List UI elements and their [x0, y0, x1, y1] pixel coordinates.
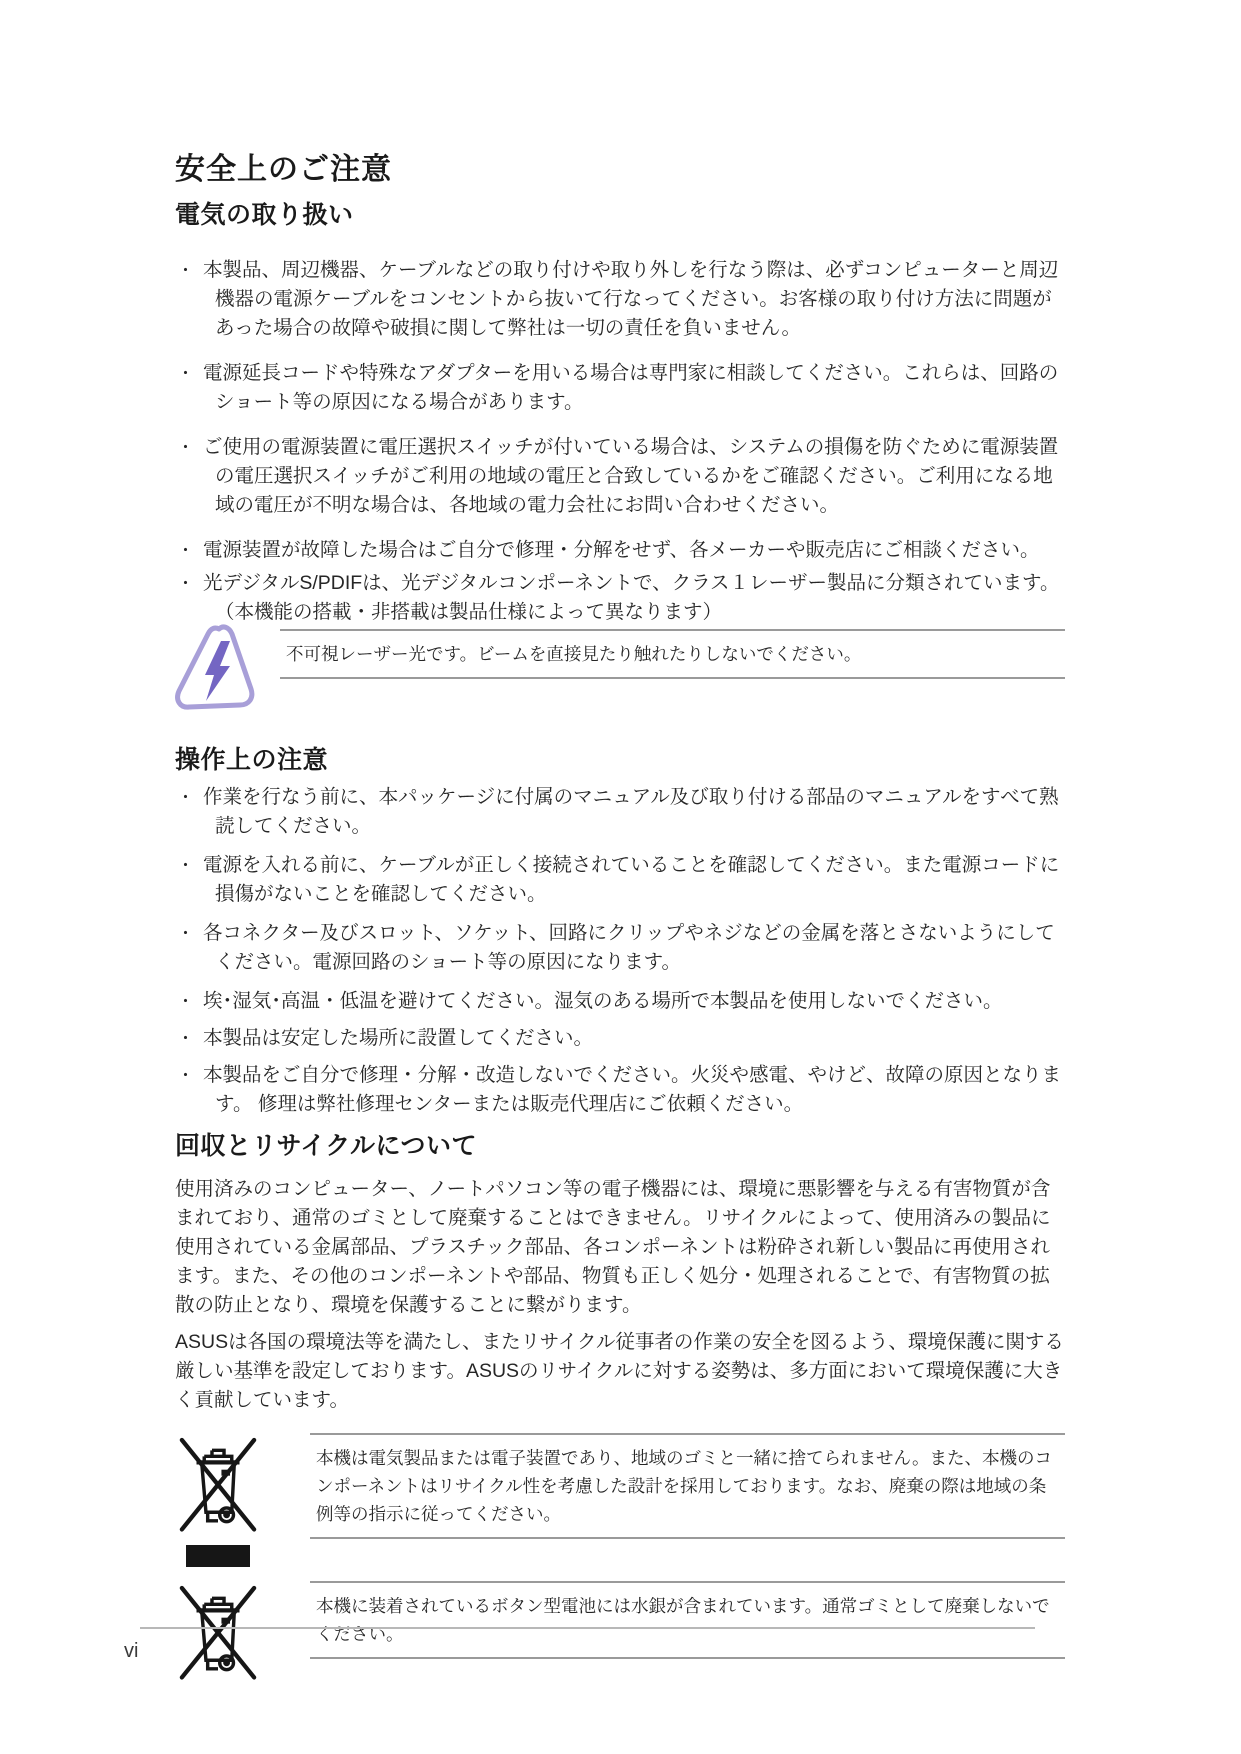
footer-divider — [140, 1627, 1035, 1629]
bullet-text: 作業を行なう前に、本パッケージに付属のマニュアル及び取り付ける部品のマニュアルを… — [203, 783, 1065, 841]
bullet-item: ・ 作業を行なう前に、本パッケージに付属のマニュアル及び取り付ける部品のマニュア… — [175, 783, 1065, 841]
bullet-text: ご使用の電源装置に電圧選択スイッチが付いている場合は、システムの損傷を防ぐために… — [203, 433, 1065, 520]
laser-warning-text: 不可視レーザー光です。ビームを直接見たり触れたりしないでください。 — [286, 640, 1063, 668]
bullet-item: ・ 本製品は安定した場所に設置してください。 — [175, 1024, 1065, 1053]
weee-notice-box: 本機は電気製品または電子装置であり、地域のゴミと一緒に捨てられません。また、本機… — [310, 1433, 1065, 1539]
bullet-text: 電源装置が故障した場合はご自分で修理・分解をせず、各メーカーや販売店にご相談くだ… — [203, 536, 1065, 565]
warning-lightning-icon — [175, 629, 280, 719]
bullet-marker-icon: ・ — [175, 433, 203, 462]
page-number: vi — [124, 1638, 138, 1664]
bullet-marker-icon: ・ — [175, 256, 203, 285]
page-content: 安全上のご注意 電気の取り扱い ・ 本製品、周辺機器、ケーブルなどの取り付けや取… — [175, 152, 1065, 1681]
bullet-item: ・ ご使用の電源装置に電圧選択スイッチが付いている場合は、システムの損傷を防ぐた… — [175, 433, 1065, 520]
black-bar-weee-icon — [186, 1545, 250, 1567]
electrical-bullet-list: ・ 本製品、周辺機器、ケーブルなどの取り付けや取り外しを行なう際は、必ずコンピュ… — [175, 256, 1065, 627]
weee-notice-text: 本機は電気製品または電子装置であり、地域のゴミと一緒に捨てられません。また、本機… — [316, 1444, 1063, 1528]
bullet-text: 本製品、周辺機器、ケーブルなどの取り付けや取り外しを行なう際は、必ずコンピュータ… — [203, 256, 1065, 343]
bullet-item: ・ 電源を入れる前に、ケーブルが正しく接続されていることを確認してください。また… — [175, 851, 1065, 909]
weee-notice-callout: 本機は電気製品または電子装置であり、地域のゴミと一緒に捨てられません。また、本機… — [175, 1433, 1065, 1567]
battery-notice-text: 本機に装着されているボタン型電池には水銀が含まれています。通常ゴミとして廃棄しな… — [316, 1592, 1063, 1648]
bullet-text: 電源延長コードや特殊なアダプターを用いる場合は専門家に相談してください。これらは… — [203, 359, 1065, 417]
bullet-item: ・ 各コネクター及びスロット、ソケット、回路にクリップやネジなどの金属を落とさな… — [175, 919, 1065, 977]
warning-lightning-icon-svg — [175, 623, 255, 719]
bullet-item: ・ 本製品をご自分で修理・分解・改造しないでください。火災や感電、やけど、故障の… — [175, 1061, 1065, 1119]
bullet-marker-icon: ・ — [175, 919, 203, 948]
section-heading-recycling: 回収とリサイクルについて — [175, 1131, 1065, 1161]
bullet-marker-icon: ・ — [175, 359, 203, 388]
recycling-paragraph: ASUSは各国の環境法等を満たし、またリサイクル従事者の作業の安全を図るよう、環… — [175, 1328, 1065, 1415]
laser-warning-callout: 不可視レーザー光です。ビームを直接見たり触れたりしないでください。 — [175, 629, 1065, 719]
operation-bullet-list: ・ 作業を行なう前に、本パッケージに付属のマニュアル及び取り付ける部品のマニュア… — [175, 783, 1065, 1119]
crossed-out-wheeled-bin-icon — [175, 1581, 261, 1681]
bullet-text: 本製品は安定した場所に設置してください。 — [203, 1024, 1065, 1053]
bullet-item: ・ 埃･湿気･高温・低温を避けてください。湿気のある場所で本製品を使用しないでく… — [175, 987, 1065, 1016]
bullet-marker-icon: ・ — [175, 851, 203, 880]
bullet-item: ・ 本製品、周辺機器、ケーブルなどの取り付けや取り外しを行なう際は、必ずコンピュ… — [175, 256, 1065, 343]
recycling-paragraph: 使用済みのコンピューター、ノートパソコン等の電子機器には、環境に悪影響を与える有… — [175, 1175, 1065, 1320]
battery-notice-box: 本機に装着されているボタン型電池には水銀が含まれています。通常ゴミとして廃棄しな… — [310, 1581, 1065, 1659]
bullet-marker-icon: ・ — [175, 783, 203, 812]
section-heading-electrical: 電気の取り扱い — [175, 200, 1065, 230]
weee-icon-column — [175, 1433, 310, 1567]
bullet-marker-icon: ・ — [175, 1061, 203, 1090]
battery-notice-callout: 本機に装着されているボタン型電池には水銀が含まれています。通常ゴミとして廃棄しな… — [175, 1581, 1065, 1681]
bullet-text: 光デジタルS/PDIFは、光デジタルコンポーネントで、クラス１レーザー製品に分類… — [203, 569, 1065, 627]
crossed-out-wheeled-bin-icon — [175, 1433, 261, 1533]
section-heading-operation: 操作上の注意 — [175, 745, 1065, 775]
bullet-item: ・ 電源延長コードや特殊なアダプターを用いる場合は専門家に相談してください。これ… — [175, 359, 1065, 417]
bullet-text: 本製品をご自分で修理・分解・改造しないでください。火災や感電、やけど、故障の原因… — [203, 1061, 1065, 1119]
bullet-item: ・ 電源装置が故障した場合はご自分で修理・分解をせず、各メーカーや販売店にご相談… — [175, 536, 1065, 565]
bullet-item: ・ 光デジタルS/PDIFは、光デジタルコンポーネントで、クラス１レーザー製品に… — [175, 569, 1065, 627]
bullet-text: 埃･湿気･高温・低温を避けてください。湿気のある場所で本製品を使用しないでくださ… — [203, 987, 1065, 1016]
bullet-marker-icon: ・ — [175, 569, 203, 598]
bullet-text: 電源を入れる前に、ケーブルが正しく接続されていることを確認してください。また電源… — [203, 851, 1065, 909]
bullet-text: 各コネクター及びスロット、ソケット、回路にクリップやネジなどの金属を落とさないよ… — [203, 919, 1065, 977]
laser-warning-box: 不可視レーザー光です。ビームを直接見たり触れたりしないでください。 — [280, 629, 1065, 679]
battery-icon-column — [175, 1581, 310, 1681]
bullet-marker-icon: ・ — [175, 987, 203, 1016]
bullet-marker-icon: ・ — [175, 1024, 203, 1053]
bullet-marker-icon: ・ — [175, 536, 203, 565]
manual-page: 安全上のご注意 電気の取り扱い ・ 本製品、周辺機器、ケーブルなどの取り付けや取… — [0, 0, 1241, 1754]
page-title: 安全上のご注意 — [175, 152, 1065, 188]
